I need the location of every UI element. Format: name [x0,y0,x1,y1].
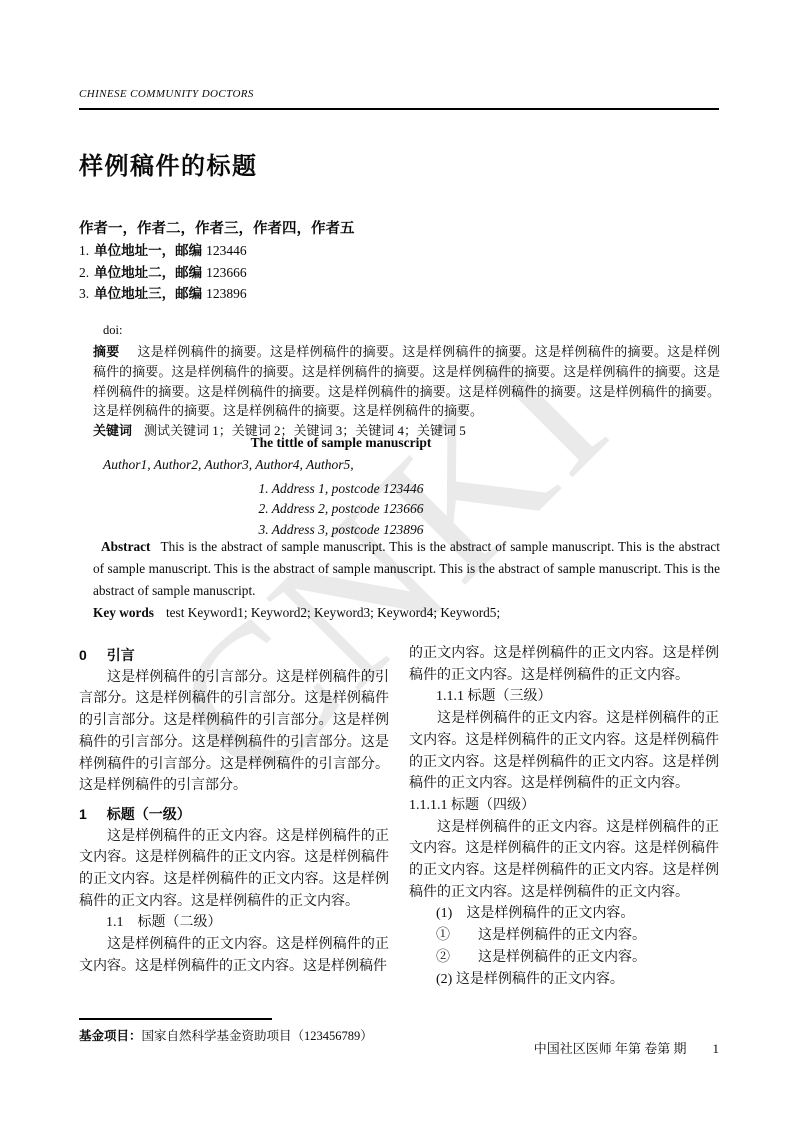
heading-section-0: 0引言 [79,645,389,667]
keywords-line-en: Key wordstest Keyword1; Keyword2; Keywor… [93,602,720,624]
heading-number: 0 [79,647,87,663]
heading-section-1-1-1: 1.1.1 标题（三级） [409,686,719,708]
body-column-right: 的正文内容。这是样例稿件的正文内容。这是样例稿件的正文内容。这是样例稿件的正文内… [409,643,719,990]
heading-section-1: 1标题（一级） [79,804,389,826]
address-line: 2. Address 2, postcode 123666 [79,499,603,519]
running-head: CHINESE COMMUNITY DOCTORS [79,88,254,100]
page-number: 1 [713,1041,720,1057]
footer-journal-info: 中国社区医师 年第 卷第 期 [534,1038,687,1057]
heading-section-1-1: 1.1 标题（二级） [79,912,389,934]
affiliation-number: 3. [79,286,89,301]
body-paragraph-continued: 的正文内容。这是样例稿件的正文内容。这是样例稿件的正文内容。这是样例稿件的正文内… [409,643,719,686]
abstract-text-en: This is the abstract of sample manuscrip… [93,539,720,598]
list-item: ① 这是样例稿件的正文内容。 [409,925,719,947]
affiliation-text: 单位地址一，邮编 [94,243,202,258]
body-paragraph: 这是样例稿件的正文内容。这是样例稿件的正文内容。这是样例稿件的正文内容。这是样例… [409,817,719,904]
abstract-paragraph-en: AbstractThis is the abstract of sample m… [93,536,720,602]
keywords-text-en: test Keyword1; Keyword2; Keyword3; Keywo… [166,605,500,620]
article-title-cn: 样例稿件的标题 [79,146,258,181]
affiliation-line: 3.单位地址三，邮编123896 [79,283,247,305]
body-column-left: 0引言 这是样例稿件的引言部分。这是样例稿件的引言部分。这是样例稿件的引言部分。… [79,645,389,978]
funding-text: 国家自然科学基金资助项目（123456789） [142,1029,373,1043]
list-item: (1) 这是样例稿件的正文内容。 [409,903,719,925]
address-line: 1. Address 1, postcode 123446 [79,479,603,499]
footnote-rule [79,1018,272,1020]
heading-section-1-1-1-1: 1.1.1.1 标题（四级） [409,795,719,817]
page-footer: 中国社区医师 年第 卷第 期 1 [534,1038,719,1057]
article-title-en: The tittle of sample manuscript [79,435,603,451]
authors-cn: 作者一，作者二，作者三，作者四，作者五 [79,217,355,238]
body-paragraph: 这是样例稿件的正文内容。这是样例稿件的正文内容。这是样例稿件的正文内容。这是样例… [79,934,389,977]
body-paragraph: 这是样例稿件的正文内容。这是样例稿件的正文内容。这是样例稿件的正文内容。这是样例… [79,826,389,913]
list-item: ② 这是样例稿件的正文内容。 [409,947,719,969]
abstract-label-en: Abstract [101,539,150,554]
funding-footnote: 基金项目：国家自然科学基金资助项目（123456789） [79,1026,373,1044]
affiliation-postcode: 123896 [206,286,247,301]
heading-text: 引言 [107,647,135,663]
affiliation-postcode: 123446 [206,243,247,258]
english-abstract-block: AbstractThis is the abstract of sample m… [93,536,720,624]
affiliation-text: 单位地址二，邮编 [94,265,202,280]
affiliations: 1.单位地址一，邮编123446 2.单位地址二，邮编123666 3.单位地址… [79,240,247,305]
header-rule [79,108,719,110]
heading-text: 标题（一级） [107,806,191,822]
funding-label: 基金项目： [79,1029,142,1043]
manuscript-page: CNKI CHINESE COMMUNITY DOCTORS 样例稿件的标题 作… [0,0,794,1123]
chinese-abstract-block: doi: 摘要这是样例稿件的摘要。这是样例稿件的摘要。这是样例稿件的摘要。这是样… [93,322,720,441]
intro-paragraph: 这是样例稿件的引言部分。这是样例稿件的引言部分。这是样例稿件的引言部分。这是样例… [79,667,389,797]
abstract-text-cn: 这是样例稿件的摘要。这是样例稿件的摘要。这是样例稿件的摘要。这是样例稿件的摘要。… [93,344,720,418]
authors-en: Author1, Author2, Author3, Author4, Auth… [103,457,354,473]
affiliation-postcode: 123666 [206,265,247,280]
affiliation-number: 1. [79,243,89,258]
affiliation-number: 2. [79,265,89,280]
heading-number: 1 [79,806,87,822]
abstract-paragraph-cn: 摘要这是样例稿件的摘要。这是样例稿件的摘要。这是样例稿件的摘要。这是样例稿件的摘… [93,342,720,421]
affiliation-line: 1.单位地址一，邮编123446 [79,240,247,262]
affiliation-text: 单位地址三，邮编 [94,286,202,301]
abstract-label-cn: 摘要 [93,344,120,359]
doi-line: doi: [103,322,720,338]
keywords-label-en: Key words [93,605,154,620]
affiliation-line: 2.单位地址二，邮编123666 [79,262,247,284]
list-item: (2) 这是样例稿件的正文内容。 [409,969,719,991]
addresses-en: 1. Address 1, postcode 123446 2. Address… [79,479,603,540]
body-paragraph: 这是样例稿件的正文内容。这是样例稿件的正文内容。这是样例稿件的正文内容。这是样例… [409,708,719,795]
